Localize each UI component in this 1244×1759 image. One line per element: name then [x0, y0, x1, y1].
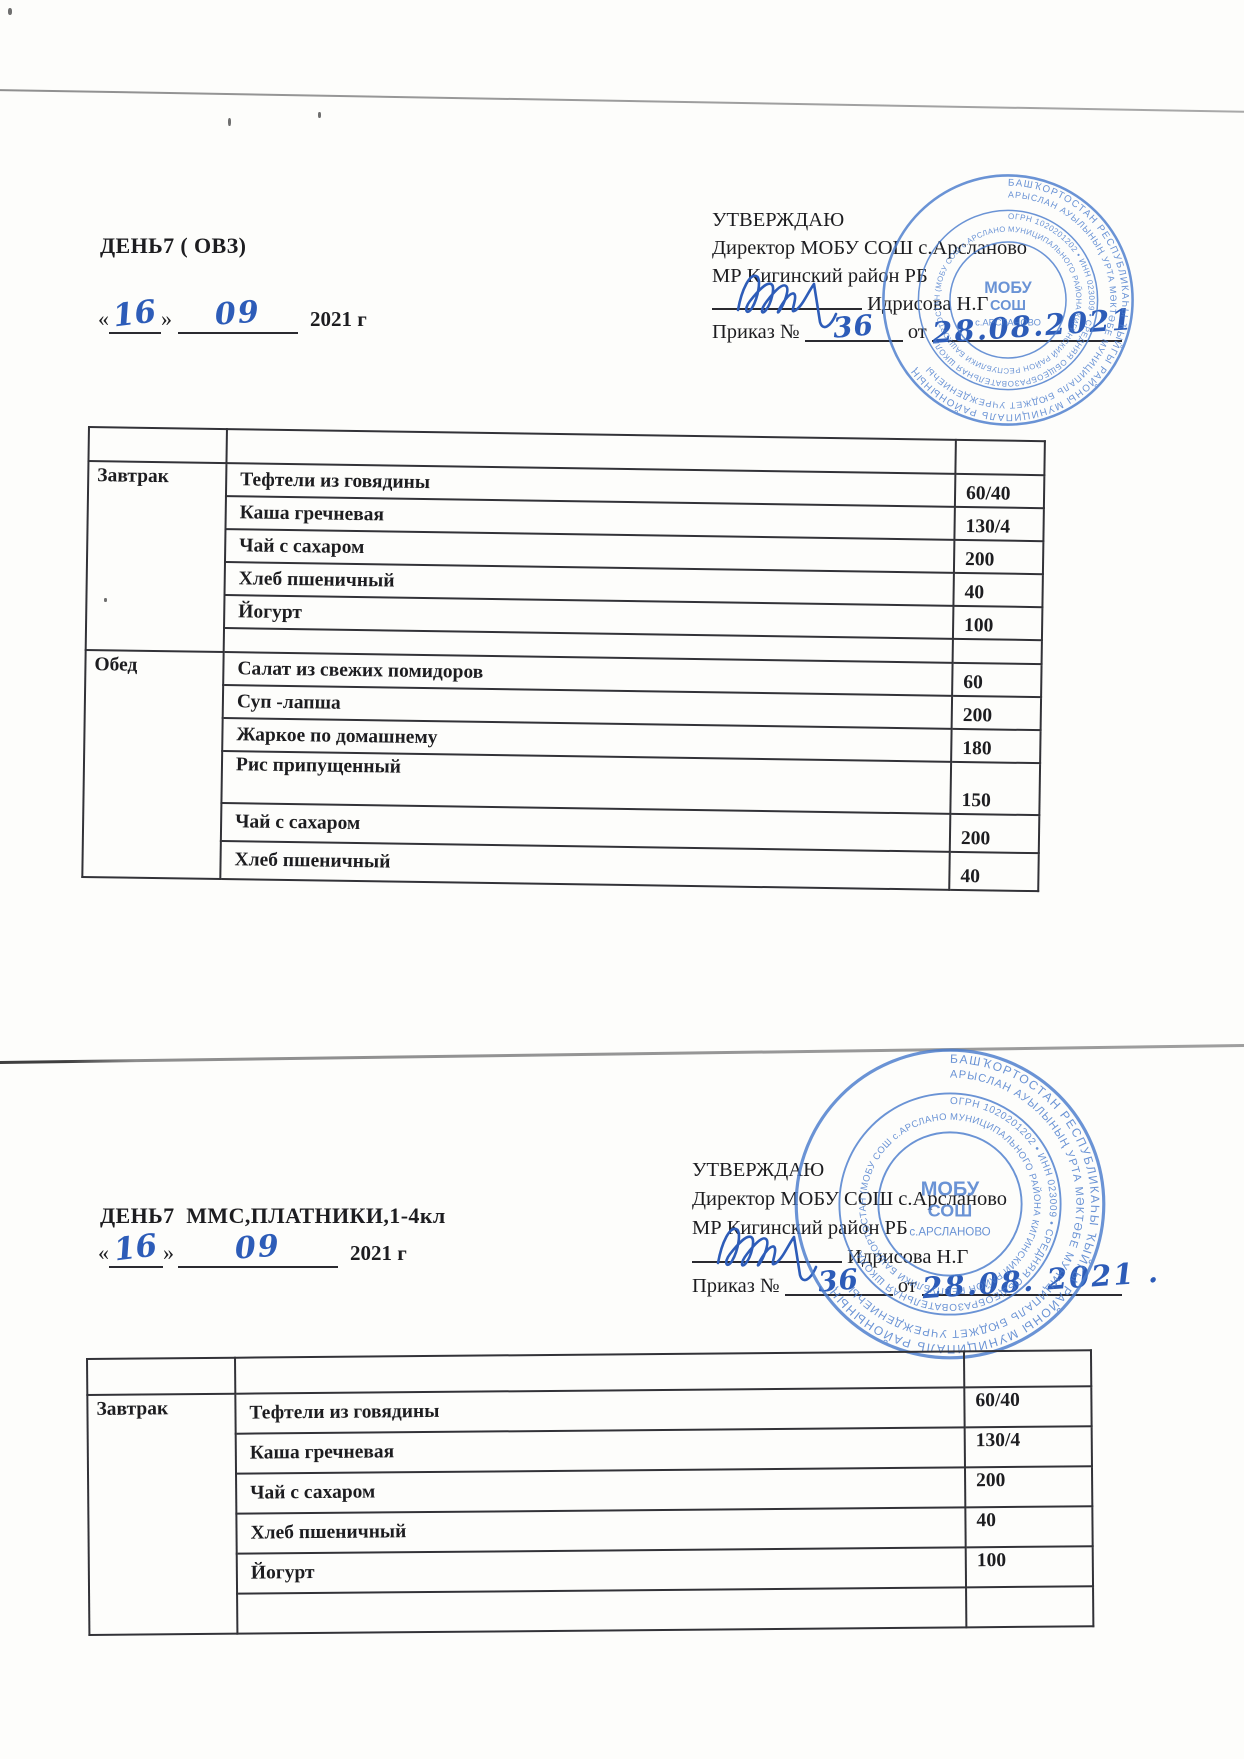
- portion-cell: 130/4: [954, 507, 1043, 541]
- meal-cell: Завтрак: [87, 1394, 237, 1635]
- quote-open: «: [98, 1240, 109, 1265]
- portion-cell: 40: [949, 852, 1039, 891]
- year-label: 2021 г: [350, 1241, 407, 1265]
- stamp-center-line3: с.АРСЛАНОВО: [909, 1227, 990, 1239]
- menu-table-ovz: Завтрак Тефтели из говядины 60/40 Каша г…: [81, 426, 1046, 892]
- scanned-menu-document: ДЕНЬ7 ( ОВЗ) «16»092021 г УТВЕРЖДАЮ Дире…: [0, 0, 1244, 1759]
- year-label: 2021 г: [310, 307, 367, 331]
- dish-cell: Йогурт: [237, 1547, 966, 1593]
- scan-speck: [8, 8, 12, 15]
- portion-cell: 200: [965, 1466, 1092, 1507]
- portion-cell: 40: [965, 1506, 1092, 1547]
- stamp-center-line2: СОШ: [928, 1201, 972, 1221]
- official-stamp: БАШҠОРТОСТАН РЕСПУБЛИКАҺЫ ҠЫЙГЫ РАЙОНЫ М…: [792, 1046, 1108, 1362]
- dish-cell: Каша гречневая: [236, 1427, 965, 1473]
- date-line: «16»092021 г: [98, 306, 367, 334]
- portion-cell: 180: [951, 729, 1040, 763]
- dish-cell: Хлеб пшеничный: [236, 1507, 965, 1553]
- portion-cell: 100: [966, 1546, 1093, 1587]
- handwritten-month: 09: [235, 1237, 282, 1258]
- handwritten-day: 16: [112, 302, 157, 325]
- portion-cell: 60/40: [955, 474, 1044, 508]
- scan-speck: [228, 118, 231, 126]
- meal-cell: Обед: [82, 650, 223, 879]
- quote-close: »: [163, 1240, 174, 1265]
- portion-cell: 200: [950, 814, 1040, 853]
- dish-cell: Чай с сахаром: [236, 1467, 965, 1513]
- portion-cell: 60/40: [964, 1386, 1091, 1427]
- handwritten-order-number: 36: [833, 318, 875, 336]
- portion-cell: 150: [950, 762, 1040, 815]
- portion-cell: 40: [953, 573, 1042, 607]
- portion-cell: 200: [952, 696, 1041, 730]
- page-title: ДЕНЬ7 ( ОВЗ): [100, 233, 246, 259]
- stamp-center-line1: МОБУ: [984, 279, 1032, 297]
- handwritten-month: 09: [215, 303, 262, 324]
- portion-cell: 200: [954, 540, 1043, 574]
- page-title: ДЕНЬ7 ММС,ПЛАТНИКИ,1-4кл: [100, 1203, 446, 1229]
- quote-open: «: [98, 306, 109, 331]
- menu-table-mms: Завтрак Тефтели из говядины 60/40 Каша г…: [86, 1349, 1094, 1636]
- portion-cell: 100: [953, 606, 1042, 640]
- portion-cell: 60: [952, 663, 1041, 697]
- dish-cell: Тефтели из говядины: [235, 1387, 964, 1433]
- scan-speck: [318, 112, 321, 118]
- official-stamp: БАШҠОРТОСТАН РЕСПУБЛИКАҺЫ ҠЫЙГЫ РАЙОНЫ М…: [880, 172, 1136, 428]
- date-line: «16»092021 г: [98, 1240, 407, 1268]
- scan-edge-line-top: [0, 89, 1244, 113]
- stamp-center-line3: с.АРСЛАНОВО: [975, 318, 1041, 328]
- stamp-center-line1: МОБУ: [921, 1179, 980, 1201]
- handwritten-day: 16: [113, 1236, 158, 1259]
- portion-cell: 130/4: [965, 1426, 1092, 1467]
- spacer-row: [89, 1586, 1093, 1635]
- stamp-center-line2: СОШ: [990, 298, 1026, 314]
- meal-cell: Завтрак: [86, 461, 227, 652]
- quote-close: »: [161, 306, 172, 331]
